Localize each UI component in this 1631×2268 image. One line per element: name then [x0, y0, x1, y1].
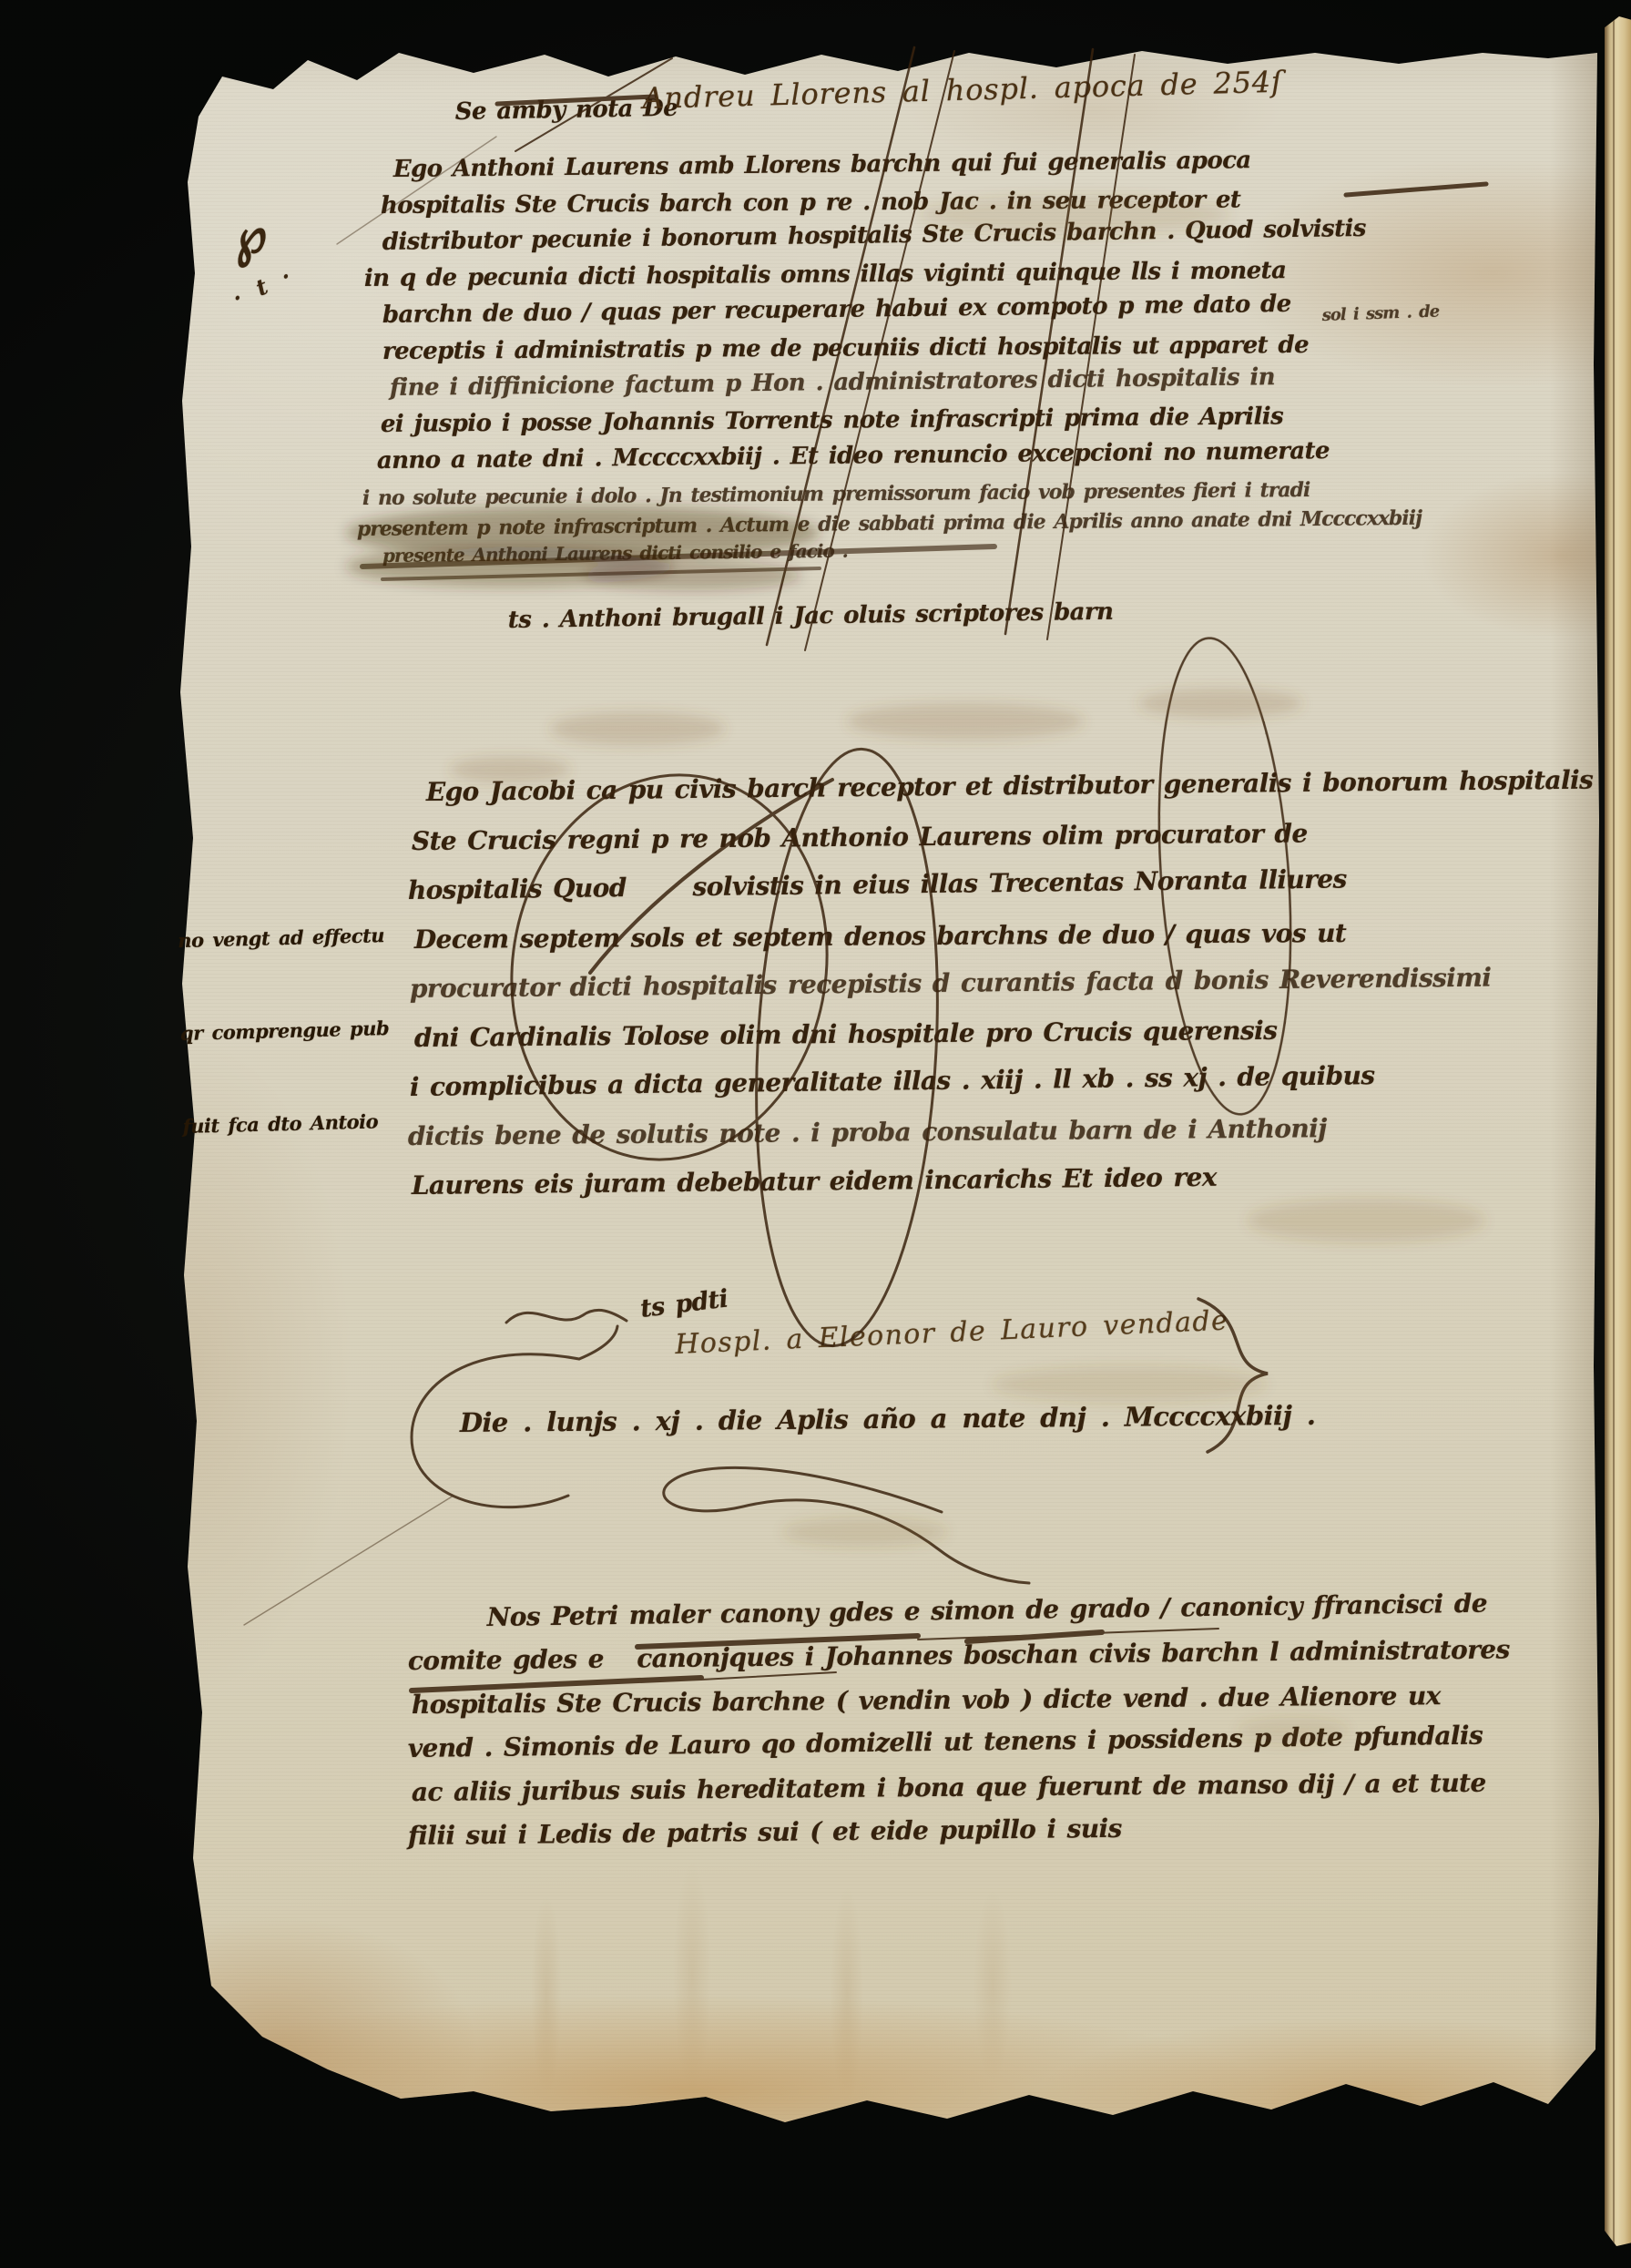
adjacent-folio-edge [1605, 16, 1631, 2246]
margin-note-line: fuit fca dto Antoio [182, 1106, 392, 1142]
margin-note-line: no vengt ad effectu [178, 920, 387, 956]
manuscript-line: dni Cardinalis Tolose olim dni hospitale… [414, 1018, 1278, 1051]
date-line: Die . lunjs . xj . die Aplis año a nate … [460, 1403, 1316, 1436]
manuscript-line: dictis bene de solutis note . i proba co… [408, 1116, 1327, 1149]
manuscript-line: filii sui i Ledis de patris sui ( et eid… [408, 1816, 1122, 1849]
manuscript-line: Ste Crucis regni p re nob Anthonio Laure… [412, 821, 1308, 854]
manuscript-line: receptis i administratis p me de pecunii… [382, 333, 1309, 363]
margin-cancellation-note: no vengt ad effectu qr comprengue pub fu… [176, 858, 392, 1173]
interlinear-addition: sol i ssm . de [1321, 304, 1439, 324]
manuscript-line-struck: presente Anthoni Laurens dicti consilio … [382, 542, 848, 565]
manuscript-line: Decem septem sols et septem denos barchn… [414, 921, 1346, 953]
manuscript-line: hospitalis Ste Crucis barch con p re . n… [381, 188, 1241, 218]
margin-note-line: qr comprengue pub [180, 1013, 390, 1049]
manuscript-scan: { "doc": { "type": "manuscript register … [0, 0, 1631, 2268]
